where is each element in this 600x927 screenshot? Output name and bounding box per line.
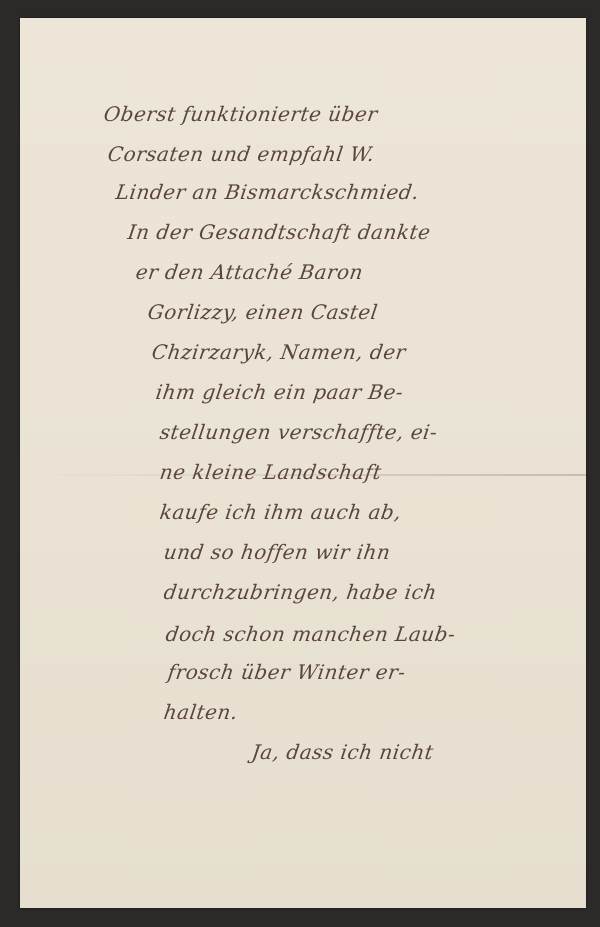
text-line-1: Oberst funktionierte über <box>102 102 379 126</box>
text-line-4: In der Gesandtschaft dankte <box>126 220 432 244</box>
letter-page: Oberst funktionierte über Corsaten und e… <box>20 18 586 908</box>
text-line-2: Corsaten und empfahl W. <box>106 142 376 166</box>
text-line-5: er den Attaché Baron <box>134 260 364 284</box>
text-line-14: doch schon manchen Laub- <box>164 622 457 646</box>
text-line-6: Gorlizzy, einen Castel <box>146 300 379 324</box>
text-line-15: frosch über Winter er- <box>166 660 407 684</box>
text-line-16: halten. <box>162 700 239 724</box>
text-line-10: ne kleine Landschaft <box>158 460 383 484</box>
text-line-9: stellungen verschaffte, ei- <box>158 420 439 444</box>
text-line-7: Chzirzaryk, Namen, der <box>150 340 407 364</box>
text-line-11: kaufe ich ihm auch ab, <box>158 500 403 524</box>
text-line-12: und so hoffen wir ihn <box>162 540 392 564</box>
text-line-17: Ja, dass ich nicht <box>250 740 435 764</box>
text-line-8: ihm gleich ein paar Be- <box>154 380 405 404</box>
text-line-13: durchzubringen, habe ich <box>162 580 438 604</box>
text-line-3: Linder an Bismarckschmied. <box>114 180 420 204</box>
